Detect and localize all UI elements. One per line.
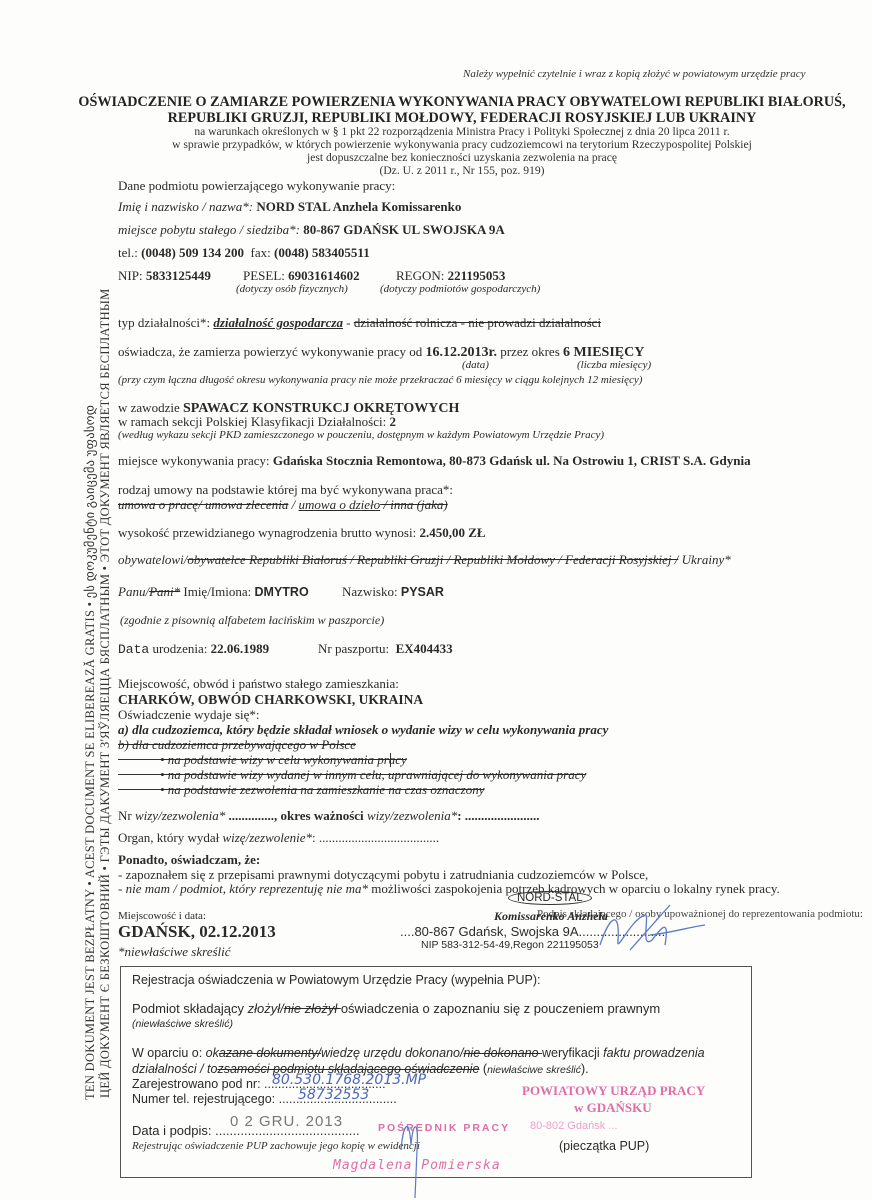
pup-office-stamp-line2: w GDAŃSKU [574,1100,652,1116]
employer-address-label: miejsce pobytu stałego / siedziba*: [118,222,303,237]
title-pani-struck: Pani* [149,584,180,599]
worker-name-row: Panu/Pani* Imię/Imiona: DMYTRO [118,584,309,600]
first-name-label: Imię/Imiona: [180,584,254,599]
contract-struck-options: umowa o pracę/ umowa zlecenia [118,497,288,512]
period-text1: oświadcza, że zamierza powierzyć wykonyw… [118,344,426,359]
pup-verification-row1: W oparciu o: okazane dokumenty/wiedzę ur… [132,1046,705,1060]
contract-type-label: rodzaj umowy na podstawie której ma być … [118,482,453,498]
pup-statement-struck: nie złożył [284,1001,341,1016]
pup-statement-text: Podmiot składający [132,1001,248,1016]
pup-copy-note: Rejestrując oświadczenie PUP zachowuje j… [132,1140,420,1152]
workplace-label: miejsce wykonywania pracy: [118,453,273,468]
fax-label: fax: [251,245,274,260]
company-stamp-nordstal: NORD-STAL [508,891,592,905]
activity-separator: - [343,315,354,330]
passport-field: Nr paszportu: EX404433 [318,641,453,657]
citizenship-row: obywatelowi/obywatelce Republiki Białoru… [118,552,731,568]
visa-nr-label-italic: wizy/zezwolenia* [135,808,225,823]
legal-basis-line4: (Dz. U. z 2011 r., Nr 155, poz. 919) [62,164,862,177]
registration-number-value: 80.530.1768.2013.MP [272,1072,426,1088]
registrar-signature-icon [395,1110,425,1200]
last-name-value: PYSAR [401,585,444,599]
pup-stamp-label: (pieczątka PUP) [559,1139,649,1153]
issued-for-option-b: b) dla cudzoziemca przebywającego w Pols… [118,737,356,753]
start-date: 16.12.2013r. [426,345,497,360]
salary-value: 2.450,00 ZŁ [419,525,485,540]
verify-struck-documents: azane dokumenty/ [219,1046,321,1060]
nip-label: NIP: [118,268,146,283]
activity-type-row: typ działalności*: działalność gospodarc… [118,315,601,331]
registrar-phone-value: 58732553 [298,1087,369,1103]
pup-statement-note: (niewłaściwe skreślić) [132,1018,233,1030]
activity-selected: działalność gospodarcza [213,315,343,330]
pesel-label: PESEL: [243,268,288,283]
contract-other-struck: / inna (jaka) [380,497,448,512]
declaration-item-2-italic: - nie mam / podmiot, który reprezentuję … [118,881,368,896]
citizenship-selected: Ukrainy* [678,552,730,567]
period-months: 6 MIESIĘCY [563,345,644,360]
employer-name-label: Imię i nazwisko / nazwa*: [118,199,256,214]
contract-type-options: umowa o pracę/ umowa zlecenia / umowa o … [118,497,448,513]
issued-for-label: Oświadczenie wydaje się*: [118,707,260,723]
last-name-field: Nazwisko: PYSAR [342,584,444,600]
fill-instruction-note: Należy wypełnić czytelnie i wraz z kopią… [463,68,805,80]
strike-dash [118,774,160,775]
visa-number-row: Nr wizy/zezwolenia* .............., okre… [118,808,540,824]
date-signature-label: Data i podpis: [132,1123,215,1138]
verify-paren-close: ). [581,1062,589,1076]
pup-office-stamp-line1: POWIATOWY URZĄD PRACY [522,1083,705,1099]
registrar-phone-label: Numer tel. rejestrującego: [132,1092,279,1106]
verify-fact: faktu prowadzenia [603,1046,704,1060]
tel-label: tel.: [118,245,141,260]
pkd-label: w ramach sekcji Polskiej Klasyfikacji Dz… [118,414,389,429]
visa-nr-blank: .............., okres ważności [225,808,367,823]
latin-spelling-note: (zgodnie z pisownią alfabetem łacińskim … [120,613,384,628]
title-panu: Panu/ [118,584,149,599]
side-free-document-notice-line1: TEN DOKUMENT JEST BEZPŁATNY • ACEST DOCU… [82,405,98,1100]
place-date-label: Miejscowość i data: [118,910,206,922]
stamp-address: 80-867 Gdańsk, Swojska 9A [414,924,578,939]
pkd-note: (według wykazu sekcji PKD zamieszczonego… [118,429,604,441]
employer-address-value: 80-867 GDAŃSK UL SWOJSKA 9A [303,222,505,237]
nip-value: 5833125449 [146,268,211,283]
birth-date-label: urodzenia: [149,641,210,656]
registration-number-label: Zarejestrowano pod nr: [132,1077,264,1091]
verify-note: niewłaściwe skreślić [487,1064,581,1076]
period-row: oświadcza, że zamierza powierzyć wykonyw… [118,344,644,361]
nip-field: NIP: 5833125449 [118,268,211,284]
workplace-value: Gdańska Stocznia Remontowa, 80-873 Gdańs… [273,453,751,468]
legal-basis-line3: jest dopuszczalne bez konieczności uzysk… [62,151,862,164]
document-title-line1: OŚWIADCZENIE O ZAMIARZE POWIERZENIA WYKO… [62,94,862,111]
date-note: (data) [462,359,489,371]
last-name-label: Nazwisko: [342,584,401,599]
side-free-document-notice-line2: ЦЕЙ ДОКУМЕНТ Є БЕЗКОШТОВНИЙ • ГЭТЫ ДАКУМ… [98,288,113,1098]
employer-section-label: Dane podmiotu powierzającego wykonywanie… [118,178,395,194]
regon-value: 221195053 [448,268,506,283]
place-date-value: GDAŃSK, 02.12.2013 [118,922,276,942]
verify-text: weryfikacji [542,1046,603,1060]
contract-separator: / [288,497,298,512]
citizenship-prefix: obywatelowi/ [118,552,187,567]
salary-label: wysokość przewidzianego wynagrodzenia br… [118,525,419,540]
activity-struck-options: działalność rolnicza - nie prowadzi dzia… [354,315,601,330]
months-note: (liczba miesięcy) [577,359,651,371]
date-stamp-value: 0 2 GRU. 2013 [230,1113,343,1130]
birth-date-row: Data urodzenia: 22.06.1989 [118,641,269,657]
pup-box-title: Rejestracja oświadczenia w Powiatowym Ur… [132,973,540,987]
handwritten-signature-icon [590,895,710,965]
organ-label-italic: wizę/zezwolenie* [222,830,312,845]
employer-name-value: NORD STAL Anzhela Komissarenko [256,199,461,214]
fax-value: (0048) 583405511 [274,245,370,260]
birth-date-value: 22.06.1989 [211,641,270,656]
organ-blank: : ..................................... [312,830,439,845]
issued-for-option-a: a) dla cudzoziemca, który będzie składał… [118,722,608,738]
pesel-value: 69031614602 [288,268,360,283]
employer-name-row: Imię i nazwisko / nazwa*: NORD STAL Anzh… [118,199,461,215]
pup-statement-selected: złożył/ [248,1001,284,1016]
verify-paren-open: ( [479,1062,487,1076]
employer-address-row: miejsce pobytu stałego / siedziba*: 80-8… [118,222,505,238]
organ-label: Organ, który wydał [118,830,222,845]
tel-value: (0048) 509 134 200 [141,245,244,260]
passport-label: Nr paszportu: [318,641,392,656]
verify-office-knowledge: wiedzę urzędu dokonano/ [321,1046,463,1060]
pesel-note: (dotyczy osób fizycznych) [236,283,348,295]
strike-dash [118,759,160,760]
first-name-value: DMYTRO [255,585,309,599]
pkd-value: 2 [389,414,396,429]
legal-basis-line2: w sprawie przypadków, w których powierze… [62,138,862,151]
residence-label: Miejscowość, obwód i państwo stałego zam… [118,676,399,692]
employer-contact-row: tel.: (0048) 509 134 200 fax: (0048) 583… [118,245,370,261]
period-text2: przez okres [497,344,563,359]
verify-label: W oparciu o: [132,1046,206,1060]
data-word: Data [118,642,149,657]
regon-label: REGON: [396,268,448,283]
period-limit-note: (przy czym łączna długość okresu wykonyw… [118,374,642,386]
legal-basis-line1: na warunkach określonych w § 1 pkt 22 ro… [62,125,862,138]
stamp-nip-regon: NIP 583-312-54-49,Regon 221195053 [421,939,599,951]
visa-nr-label: Nr [118,808,135,823]
salary-row: wysokość przewidzianego wynagrodzenia br… [118,525,486,541]
verify-ok: ok [206,1046,219,1060]
workplace-row: miejsce wykonywania pracy: Gdańska Stocz… [118,453,751,469]
activity-label: typ działalności*: [118,315,213,330]
visa-validity-label: wizy/zezwolenia* [367,808,457,823]
pkd-row: w ramach sekcji Polskiej Klasyfikacji Dz… [118,414,396,430]
verify-activity: działalności / to [132,1062,217,1076]
verify-struck-not-done: nie dokonano [463,1046,542,1060]
occupation-label: w zawodzie [118,400,183,415]
residence-value: CHARKÓW, OBWÓD CHARKOWSKI, UKRAINA [118,692,423,708]
issued-for-option-b3: • na podstawie zezwolenia na zamieszkani… [118,782,484,798]
regon-field: REGON: 221195053 [396,268,505,284]
pup-office-stamp-line3: 80-802 Gdańsk ... [530,1120,617,1132]
text-cursor-mark [390,753,391,767]
visa-validity-blank: : ....................... [457,808,539,823]
signature-dots-left: .... [400,924,414,939]
pup-statement-row: Podmiot składający złożył/nie złożył ośw… [132,1001,660,1016]
issued-for-option-b2: • na podstawie wizy wydanej w innym celu… [118,767,586,783]
footnote-strike-out: *niewłaściwe skreślić [118,944,231,960]
pup-statement-text2: oświadczenia o zapoznaniu się z pouczeni… [341,1001,660,1016]
strike-dash [118,789,160,790]
declaration-heading: Ponadto, oświadczam, że: [118,852,260,868]
visa-organ-row: Organ, który wydał wizę/zezwolenie*: ...… [118,830,439,846]
citizenship-struck: obywatelce Republiki Białoruś / Republik… [187,552,678,567]
pesel-field: PESEL: 69031614602 [243,268,360,284]
passport-value: EX404433 [396,641,453,656]
issued-for-option-b1: • na podstawie wizy w celu wykonywania p… [118,752,407,768]
contract-selected: umowa o dzieło [299,497,381,512]
regon-note: (dotyczy podmiotów gospodarczych) [380,283,540,295]
